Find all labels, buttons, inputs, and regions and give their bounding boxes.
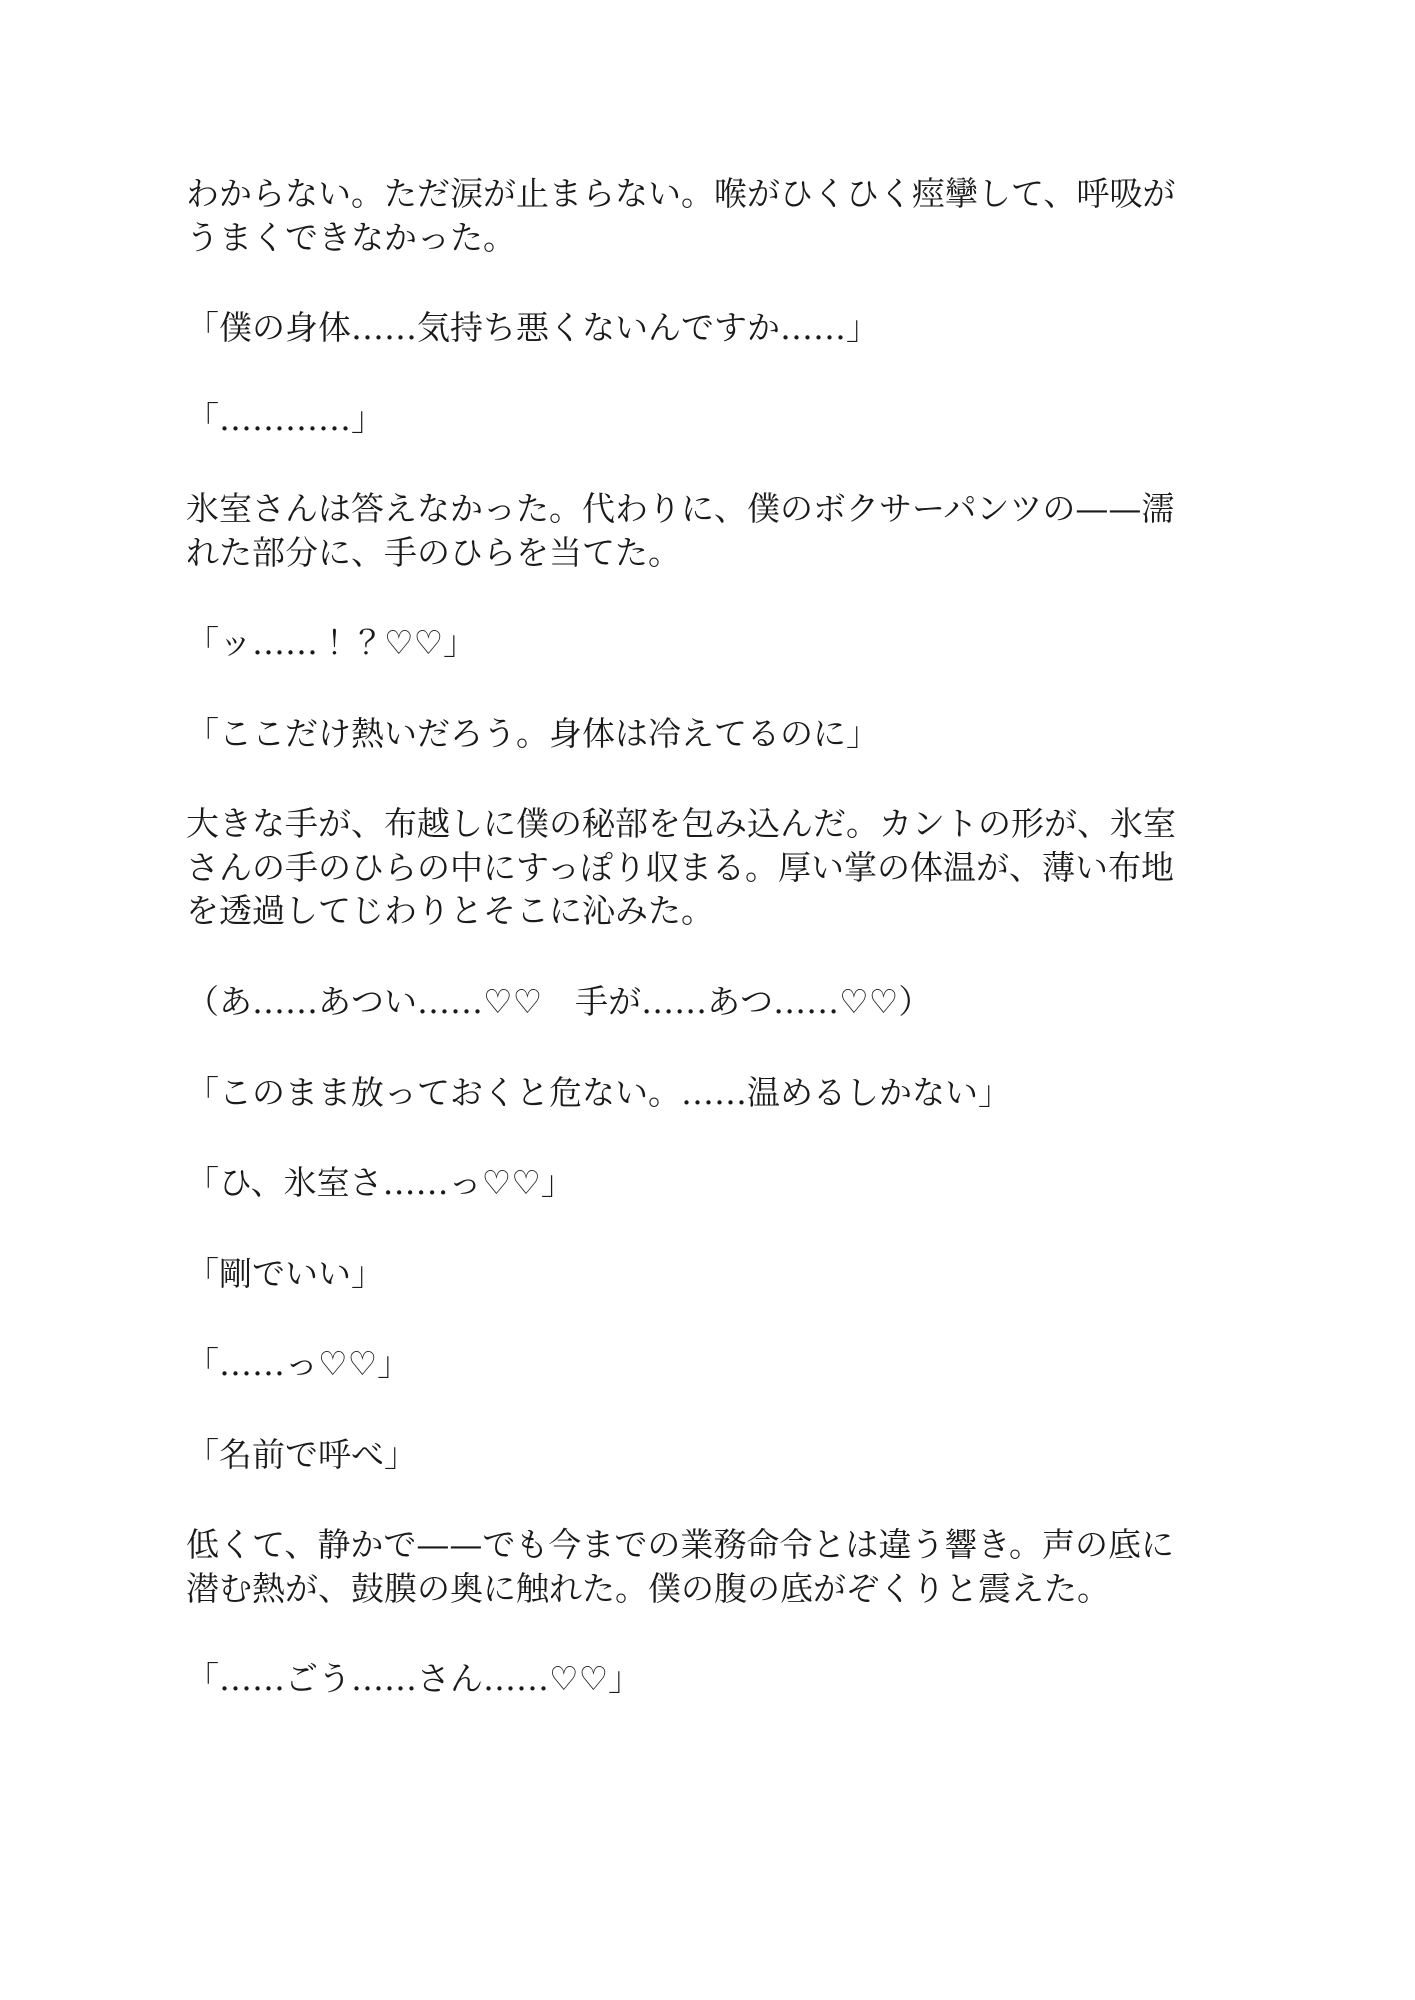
page: わからない。ただ涙が止まらない。喉がひくひく痙攣して、呼吸がうまくできなかった。… [0, 0, 1415, 2000]
dialogue-line: 「名前で呼べ」 [186, 1433, 1198, 1477]
inner-thought-line: （あ……あつい……♡♡ 手が……あつ……♡♡） [186, 980, 1198, 1024]
dialogue-line: 「ここだけ熱いだろう。身体は冷えてるのに」 [186, 712, 1198, 756]
dialogue-line: 「このまま放っておくと危ない。……温めるしかない」 [186, 1071, 1198, 1115]
dialogue-line: 「ひ、氷室さ……っ♡♡」 [186, 1161, 1198, 1205]
dialogue-line: 「剛でいい」 [186, 1252, 1198, 1296]
dialogue-line: 「僕の身体……気持ち悪くないんですか……」 [186, 306, 1198, 350]
dialogue-line: 「……ごう……さん……♡♡」 [186, 1657, 1198, 1701]
dialogue-line: 「ッ……！？♡♡」 [186, 621, 1198, 665]
narration-paragraph: 低くて、静かで——でも今までの業務命令とは違う響き。声の底に潜む熱が、鼓膜の奥に… [186, 1523, 1198, 1610]
narration-paragraph: わからない。ただ涙が止まらない。喉がひくひく痙攣して、呼吸がうまくできなかった。 [186, 172, 1198, 259]
dialogue-line: 「…………」 [186, 397, 1198, 441]
narration-paragraph: 大きな手が、布越しに僕の秘部を包み込んだ。カントの形が、氷室さんの手のひらの中に… [186, 802, 1198, 933]
narration-paragraph: 氷室さんは答えなかった。代わりに、僕のボクサーパンツの——濡れた部分に、手のひら… [186, 487, 1198, 574]
text-column: わからない。ただ涙が止まらない。喉がひくひく痙攣して、呼吸がうまくできなかった。… [186, 172, 1198, 1701]
dialogue-line: 「……っ♡♡」 [186, 1342, 1198, 1386]
